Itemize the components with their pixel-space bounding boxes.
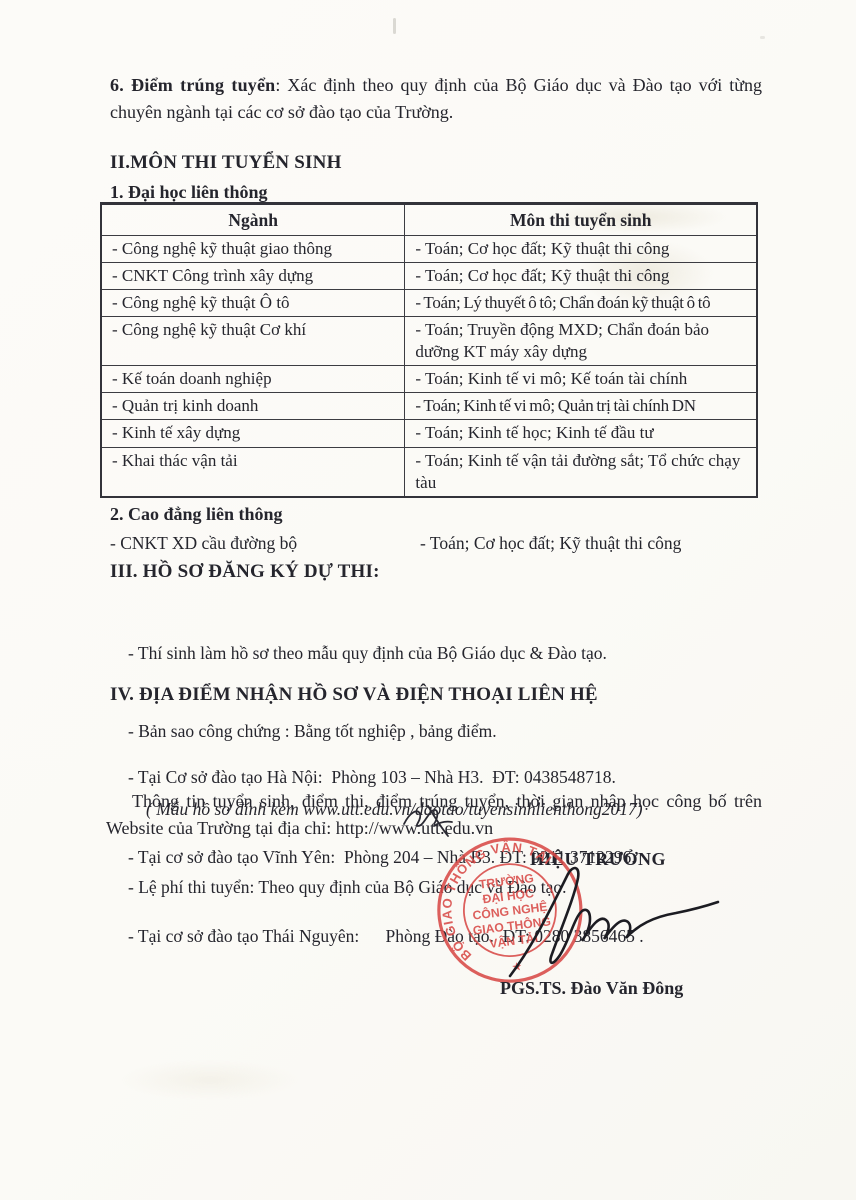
cd-row-mon: - Toán; Cơ học đất; Kỹ thuật thi công: [420, 533, 681, 554]
paragraph-6-label: 6. Điểm trúng tuyển: [110, 75, 275, 95]
table-row: - Công nghệ kỹ thuật giao thông - Toán; …: [101, 235, 757, 262]
subsection-cao-dang-lien-thong: 2. Cao đẳng liên thông: [110, 504, 283, 525]
cell-mon: - Toán; Kinh tế học; Kinh tế đầu tư: [405, 420, 757, 447]
handwritten-initial-scribble: [398, 802, 458, 840]
cell-nganh: - Kế toán doanh nghiệp: [101, 366, 405, 393]
cell-mon: - Toán; Cơ học đất; Kỹ thuật thi công: [405, 262, 757, 289]
scan-artifact: [393, 18, 396, 34]
cell-mon: - Toán; Cơ học đất; Kỹ thuật thi công: [405, 235, 757, 262]
section-3-heading: III. HỒ SƠ ĐĂNG KÝ DỰ THI:: [110, 561, 380, 583]
column-header-nganh: Ngành: [101, 204, 405, 236]
table-row: - Quản trị kinh doanh - Toán; Kinh tế vi…: [101, 393, 757, 420]
cell-mon: - Toán; Lý thuyết ô tô; Chẩn đoán kỹ thu…: [405, 289, 757, 316]
paragraph-admission-score: 6. Điểm trúng tuyển: Xác định theo quy đ…: [110, 72, 762, 126]
table-row: - Kinh tế xây dựng - Toán; Kinh tế học; …: [101, 420, 757, 447]
cell-nganh: - Kinh tế xây dựng: [101, 420, 405, 447]
scanned-document-page: 6. Điểm trúng tuyển: Xác định theo quy đ…: [0, 0, 856, 1200]
cell-nganh: - Khai thác vận tải: [101, 447, 405, 497]
scan-artifact: [120, 1060, 300, 1100]
cell-mon: - Toán; Truyền động MXD; Chẩn đoán bảo d…: [405, 317, 757, 366]
cell-nganh: - Công nghệ kỹ thuật Ô tô: [101, 289, 405, 316]
cell-nganh: - Công nghệ kỹ thuật Cơ khí: [101, 317, 405, 366]
table-row: - Công nghệ kỹ thuật Cơ khí - Toán; Truy…: [101, 317, 757, 366]
cell-mon: - Toán; Kinh tế vi mô; Quản trị tài chín…: [405, 393, 757, 420]
table-row: - CNKT Công trình xây dựng - Toán; Cơ họ…: [101, 262, 757, 289]
exam-subjects-table: Ngành Môn thi tuyển sinh - Công nghệ kỹ …: [100, 202, 758, 498]
section-4-heading: IV. ĐỊA ĐIỂM NHẬN HỒ SƠ VÀ ĐIỆN THOẠI LI…: [110, 684, 598, 706]
list-item-hanoi: - Tại Cơ sở đào tạo Hà Nội: Phòng 103 – …: [128, 764, 758, 791]
signer-name: PGS.TS. Đào Văn Đông: [500, 978, 683, 999]
scan-artifact: [760, 36, 765, 39]
cd-row-nganh: - CNKT XD cầu đường bộ: [110, 533, 297, 554]
cell-nganh: - Quản trị kinh doanh: [101, 393, 405, 420]
cell-mon: - Toán; Kinh tế vi mô; Kế toán tài chính: [405, 366, 757, 393]
signature-handwriting: [478, 858, 740, 980]
table-row: - Khai thác vận tải - Toán; Kinh tế vận …: [101, 447, 757, 497]
subsection-dai-hoc-lien-thong: 1. Đại học liên thông: [110, 182, 268, 203]
section-2-heading: II.MÔN THI TUYỂN SINH: [110, 152, 342, 174]
table-header-row: Ngành Môn thi tuyển sinh: [101, 204, 757, 236]
list-item: - Thí sinh làm hồ sơ theo mẫu quy định c…: [128, 640, 748, 666]
cell-mon: - Toán; Kinh tế vận tải đường sắt; Tổ ch…: [405, 447, 757, 497]
table-row: - Công nghệ kỹ thuật Ô tô - Toán; Lý thu…: [101, 289, 757, 316]
table-row: - Kế toán doanh nghiệp - Toán; Kinh tế v…: [101, 366, 757, 393]
column-header-mon-thi: Môn thi tuyển sinh: [405, 204, 757, 236]
cell-nganh: - Công nghệ kỹ thuật giao thông: [101, 235, 405, 262]
cell-nganh: - CNKT Công trình xây dựng: [101, 262, 405, 289]
